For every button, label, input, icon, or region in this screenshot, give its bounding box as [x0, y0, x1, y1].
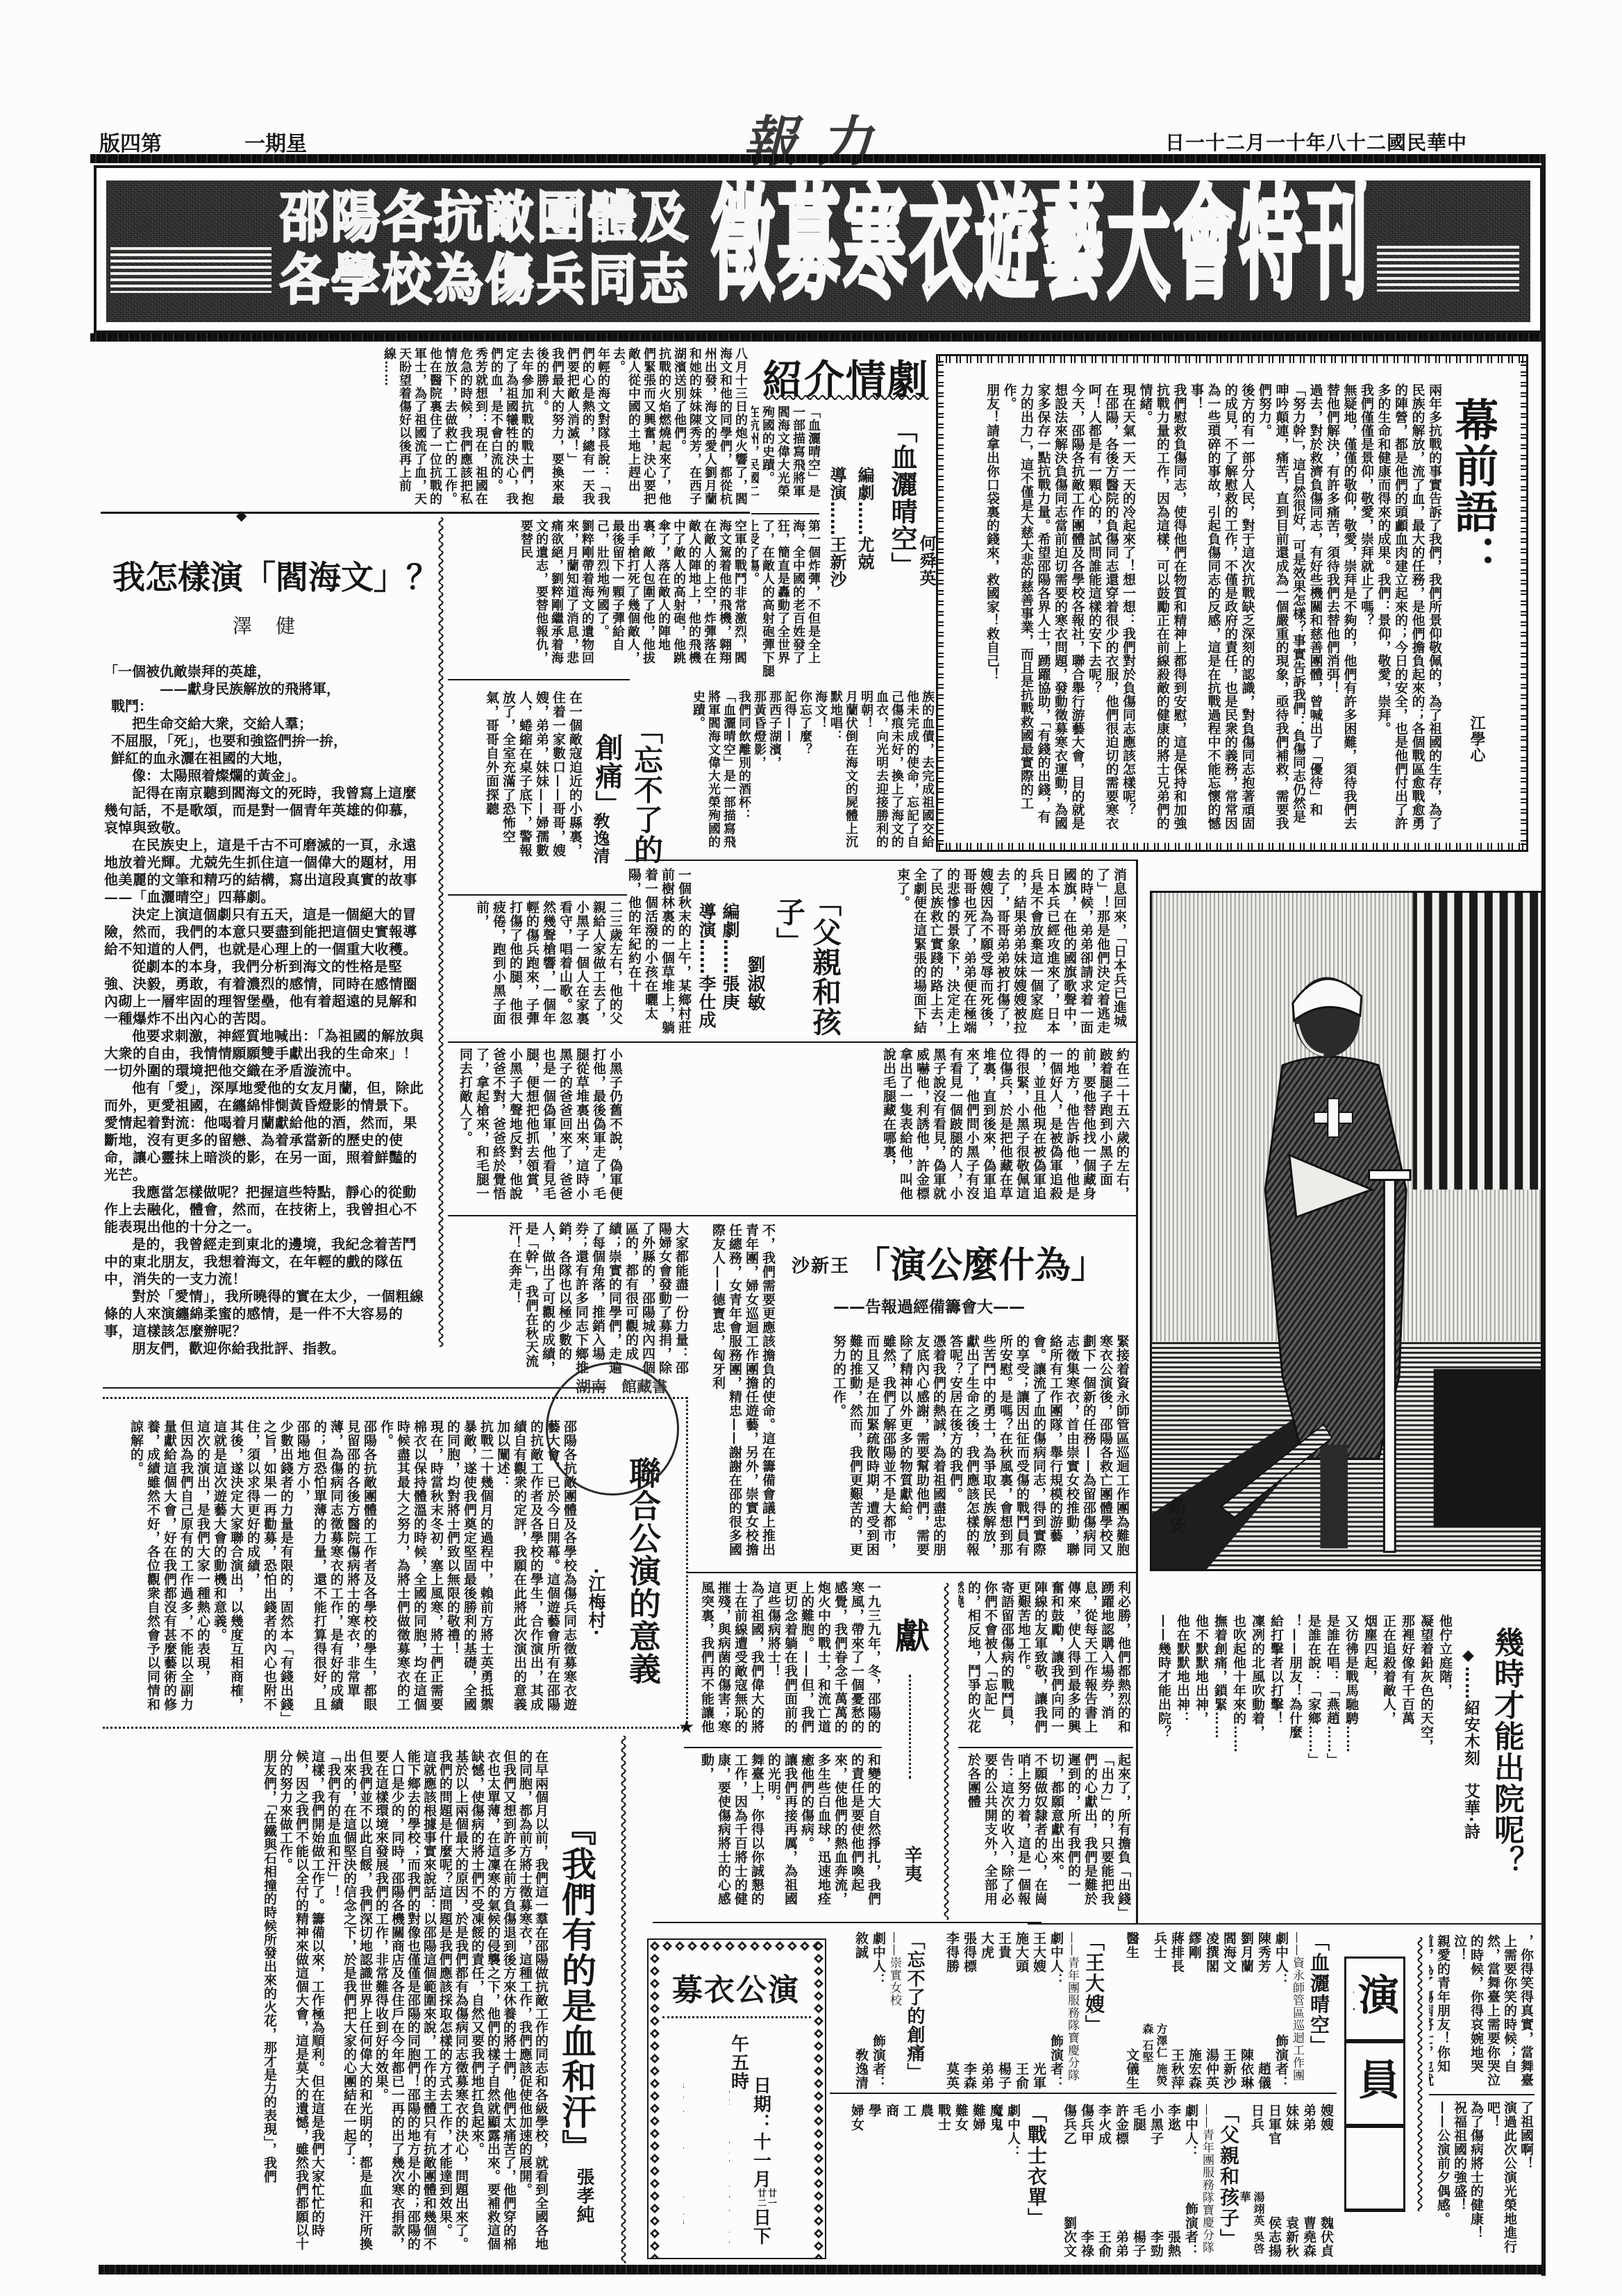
- poem-line: 他佇立庭階，: [1435, 1614, 1454, 1918]
- paragraph: 記得在南京聽到閻海文的死時，我曾寫上這麼幾句話，不是歌頌，而是對一個青年英雄的仰…: [104, 785, 426, 837]
- cast-play: 「戰士衣單」 劇中人： 魔鬼 難婦 難女 戰士 農 工 商 學 婦女: [832, 2104, 1051, 2258]
- actor: 楊子: [1130, 2230, 1147, 2258]
- role: 毛腿: [1130, 2104, 1147, 2131]
- actor: 李勁: [1147, 2230, 1164, 2258]
- role: 閻海文: [1220, 1932, 1237, 1973]
- cast-entry: 傷兵甲李祿: [1078, 2104, 1095, 2258]
- role-label: 劇中人：: [869, 1932, 887, 1987]
- father-child-director: 導演……李仕成: [696, 903, 717, 1038]
- wounded-soldier-icon: [1152, 893, 1541, 1569]
- divider: [448, 894, 627, 896]
- role: 陳秀芳: [1255, 1932, 1272, 1973]
- role: 王貴: [995, 1932, 1012, 1959]
- why-perform-author: 王新沙: [792, 1252, 850, 1277]
- divider: [1028, 1923, 1543, 1925]
- actor-label: 飾演者：: [1272, 2034, 1289, 2090]
- column-divider-wavy: [437, 517, 444, 1347]
- actor: 施宏森: [1185, 2048, 1203, 2090]
- actor: 王俞: [1012, 2062, 1030, 2090]
- price-label: 券價：: [683, 2076, 684, 2132]
- cast-play-company: ——青年團服務隊寶慶分隊: [1199, 2104, 1214, 2258]
- date-alternatives: 廿一廿二: [755, 2188, 776, 2208]
- father-child-playwright: 編劇……張庚: [719, 903, 740, 1038]
- cast-entry: 王大嫂光軍: [1030, 1932, 1047, 2090]
- paragraph: 從劇本的本身，我們分析到海文的性格是堅強、決毅，勇敢，有着濃烈的感情，同時在感情…: [104, 958, 426, 1028]
- box-border-dotted-right: [686, 1397, 688, 1727]
- cast-entry: 劉月蘭陳依琳: [1237, 1932, 1255, 2090]
- weekday: 星期一: [244, 126, 307, 157]
- father-child-text-4: 小黑子仍舊不說，偽軍便打他，最後偽軍走了，毛腿從草堆裏出來，這時小黑子的爸爸回來…: [450, 1048, 624, 1212]
- poem-line: 又彷彿是戰馬馳騁……: [1341, 1614, 1360, 1918]
- cast-play: 「王大嫂」 ——青年團服務隊寶慶分隊 劇中人：飾演者： 王大嫂光軍 施大頭王俞 …: [929, 1932, 1108, 2090]
- cast-entry: 閻海文王新沙: [1220, 1932, 1237, 2090]
- role: 李火成: [1095, 2104, 1112, 2145]
- column-divider-wavy: [1416, 1937, 1423, 2211]
- divider: [1429, 2094, 1535, 2095]
- cast-entry: 妹妹袁新秋: [1282, 2104, 1300, 2258]
- why-perform-subtitle: ——大會籌備經過報告——: [833, 1294, 1025, 1317]
- prelude-title: 幕前語：: [1448, 397, 1497, 605]
- synopsis-text-5: 族的血債，去完成祖國交給他未完成的使命，忘記了自己傷痕未好，換上了海文的血衣，向…: [665, 690, 935, 857]
- role: 許金標: [1112, 2104, 1130, 2145]
- newspaper-page: 第四版 星期一 力報 中華民國二十八年十一月二十一日 邵陽各抗敵團體及 各學校為…: [0, 0, 1622, 2296]
- role: 商: [883, 2104, 900, 2118]
- column-divider-wavy: [620, 1736, 627, 2263]
- price-value: 五角、一元、十元: [683, 2034, 684, 2245]
- role: 張得標: [960, 1932, 978, 1973]
- date-alt-1: 廿一: [766, 2188, 776, 2208]
- actor: 莫英: [943, 2062, 960, 2090]
- edition-number: 第四版: [99, 126, 162, 157]
- diamond-border-left: [649, 1940, 661, 2258]
- date-alt-2: 廿二: [755, 2188, 766, 2208]
- poem-line: 給打擊者以打擊！: [1266, 1614, 1285, 1918]
- paragraph: 在民族史上，這是千古不可磨滅的一頁，永遠地放着光輝。尤兢先生抓住這一個偉大的題材…: [104, 837, 426, 906]
- unforgettable-author: 敎逸清: [590, 812, 610, 871]
- role: 凌撰閣: [1203, 1932, 1220, 1973]
- cast-entry: 繆剛施宏森: [1185, 1932, 1203, 2090]
- top-rule: [90, 154, 1546, 163]
- cast-play-title: 「忘不了的創痛」: [901, 1932, 928, 2090]
- actor: 王俞: [1095, 2230, 1112, 2258]
- synopsis-title-underline: [766, 394, 929, 401]
- acting-notes-title: 我怎樣演「閻海文」？: [112, 552, 439, 598]
- dedication-text-4: 了祖國啊！ 演過此次公演光榮地進行吧！ 為了傷病將士的健康！ 祝福祖國的強盛！ …: [1429, 2101, 1535, 2262]
- joint-performance-title: 聯合公演的意義: [624, 1457, 661, 1713]
- father-child-title-line2: 子」: [772, 897, 805, 966]
- cast-entry: 李逖張熱: [1164, 2104, 1182, 2258]
- acting-notes-body: 「一個被仇敵崇拜的英雄， ——獻身民族解放的飛將軍， 戰鬥： 把生命交給大衆，交…: [104, 663, 426, 1347]
- divider: [101, 512, 750, 514]
- role: 魔鬼: [987, 2104, 1004, 2131]
- dedication-title: 獻: [890, 1618, 929, 1659]
- blood-sweat-author: 張孝純: [574, 2168, 594, 2244]
- cast-entry: 蔣排長王秋萍: [1168, 1932, 1185, 2090]
- cast-entry: 王貴楊子: [995, 1932, 1012, 2090]
- poem-line: ——幾時才能出院？: [1154, 1614, 1173, 1918]
- poem-line: 他不默默地出神，: [1192, 1614, 1210, 1918]
- synopsis-text-4: 空軍的戰鬥非常激烈，閻海文駕着他的飛機，翱翔在敵人的上空，炸彈落在敵人的陣地上，…: [450, 519, 747, 676]
- banner-subtitle-line1: 邵陽各抗敵團體及: [280, 190, 691, 244]
- poem-line: 烟塵四起，: [1360, 1614, 1379, 1918]
- role: 農: [917, 2104, 935, 2118]
- poem-line: 不屈服，「死」，也要和強盜們拚一拚，: [104, 732, 426, 750]
- actor: 湯仲英: [1203, 2048, 1220, 2090]
- library-stamp: 湖南 館藏書: [546, 1362, 679, 1495]
- divider: [625, 860, 1137, 861]
- role: 難婦: [969, 2104, 987, 2131]
- why-perform-body-middle: 大家都能盡一份力量：邵陽婦女會發動了募捐，除了外縣的，邵陽城內四個區的，都有很可…: [450, 1222, 689, 1383]
- discharge-poem-lines: 他佇立庭階， 凝望着鉛灰色的天空， 那裡好像有千百萬 正在追殺着敵人， 烟塵四起…: [1147, 1614, 1454, 1918]
- banner-subtitle-line2: 各學校為傷兵同志: [280, 253, 691, 307]
- role: 繆剛: [1185, 1932, 1203, 1959]
- father-child-text-1: 一個秋末的上午，某鄉村莊前樹林裏的一個草堆上，躺着一個活潑的小孩在曬太陽，他的年…: [626, 868, 692, 1037]
- poem-line: 也吹起他十年來的……: [1229, 1614, 1248, 1918]
- blood-sweat-body: 在早兩個月以前，我們這一羣在邵陽做抗敵工作的同志和各級學校，就看到全國各地的同胞…: [104, 1750, 549, 2260]
- role: 蔣排長: [1168, 1932, 1185, 1973]
- role: 婦女: [848, 2104, 865, 2131]
- paragraph: 對於「愛情」，我所曉得的實在太少，一個粗線條的人來演纏綿柔蜜的感情，是一件不大容…: [104, 1288, 426, 1340]
- cast-entry: 難女: [952, 2104, 969, 2258]
- column-rule-vertical: [1136, 860, 1138, 1923]
- performance-notice-title: 募衣公演: [672, 1965, 800, 2009]
- column-divider-wavy: [943, 1583, 950, 1920]
- actor-label: 飾演者：: [1182, 2202, 1199, 2258]
- poem-line: 凝望着鉛灰色的天空，: [1416, 1614, 1435, 1918]
- prelude-border-right: [1521, 354, 1528, 852]
- poem-line: 是誰在唱：「燕趙……」: [1323, 1614, 1341, 1918]
- role: 弟弟: [1300, 2104, 1317, 2131]
- poem-line: 撫着創痛，鎖緊……: [1210, 1614, 1229, 1918]
- banner-title: 徵募寒衣遊藝大會特刊: [712, 185, 1371, 307]
- cast-entry: 大虎弟弟: [978, 1932, 995, 2090]
- diamond-border-top: [649, 1940, 825, 1952]
- actor: 李祿: [1078, 2230, 1095, 2258]
- role-label: 劇中人：: [1004, 2104, 1021, 2159]
- woodcut-signature: 紹安: [1164, 1497, 1185, 1545]
- cast-entry: 小黑子李勁: [1147, 2104, 1164, 2258]
- role: 小黑子: [1147, 2104, 1164, 2145]
- cast-entry: 張得標李森: [960, 1932, 978, 2090]
- why-perform-body: 緊接着資永師管區巡迴工作團為難胞寒衣公演後，邵陽各救亡團體學校又劃下一個新的任務…: [779, 1334, 1130, 1567]
- actor: 劉次文: [1060, 2216, 1078, 2258]
- actor: 陳依琳: [1237, 2048, 1255, 2090]
- synopsis-playwright: 編劇……尤兢: [854, 467, 875, 592]
- actor: 袁新秋: [1282, 2216, 1300, 2258]
- paragraph: 他要求刺激，神經質地喊出：「為祖國的解放與大衆的自由，我情情願願雙手獻出我的生命…: [104, 1028, 426, 1080]
- cast-entry: 陳秀芳趙儀: [1255, 1932, 1272, 2090]
- actor: 曹堯森: [1300, 2216, 1317, 2258]
- poem-line: 凜冽的北風吹動着，: [1248, 1614, 1266, 1918]
- divider: [830, 2093, 1337, 2094]
- father-child-text-2: 二三歲左右，他的父親給人家做工去了，小黑子一個人在家裏看守，唱着山歌。忽然幾聲槍…: [450, 900, 624, 1037]
- banner-bottom-rule: [90, 333, 1546, 342]
- cast-play: 「父親和孩子」 ——青年團服務隊寶慶分隊 劇中人：飾演者： 李逖張熱 小黑子李勁…: [1052, 2104, 1243, 2258]
- cast-entry: 許金標弟弟: [1112, 2104, 1130, 2258]
- cast-header: 劇中人：飾演者：: [1272, 1932, 1289, 2090]
- synopsis-text-2: 八月十三日的炮火響了，閻海文和他的同學們，都從杭州出發，海文的愛人劉月蘭和她的妹…: [101, 347, 748, 508]
- role: 兵士: [1140, 1932, 1168, 1959]
- page-bottom-rule: [99, 2265, 1546, 2274]
- divider: [751, 513, 819, 514]
- divider: [103, 1387, 606, 1389]
- actor: 魏伏貞: [1317, 2216, 1335, 2258]
- blood-sweat-title: 『我們有的是血和汗』: [555, 1811, 596, 2165]
- cast-entry: 李火成王俞: [1095, 2104, 1112, 2258]
- divider: [448, 1215, 1137, 1216]
- venue-label: 地點：: [729, 2076, 730, 2132]
- actor: 張熱: [1164, 2230, 1182, 2258]
- role: 戰士: [935, 2104, 952, 2131]
- poem-line: 鮮紅的血永灑在祖國的大地，: [104, 750, 426, 767]
- actor: 趙儀: [1255, 2062, 1272, 2090]
- diamond-icon: ◆: [1462, 1647, 1474, 1664]
- dedication-author: 辛夷: [901, 1845, 922, 1888]
- dedication-dotted-line: [909, 1675, 911, 1779]
- role: 難女: [952, 2104, 969, 2131]
- poem-line: 戰鬥：: [104, 698, 426, 715]
- poem-line: 是誰在說：「家鄉……」: [1304, 1614, 1323, 1918]
- role: 施大頭: [1012, 1932, 1030, 1973]
- cast-play-company: ——資永師管區巡迴工作團: [1289, 1932, 1304, 2090]
- cast-entry: 戰士: [935, 2104, 952, 2258]
- cast-entry: 兵士方澤仁 施熒森 石堅: [1140, 1932, 1168, 2090]
- cast-play-title: 「父親和孩子」: [1214, 2104, 1243, 2258]
- synopsis-text-1: 「血灑晴空」是一部描寫飛將軍閻海文偉大光榮殉國的史蹟。 在杭州，民國二十二年: [751, 405, 821, 510]
- role: 李逖: [1164, 2104, 1182, 2131]
- paragraph: 他有「愛」，深厚地愛他的女友月蘭，但，除此而外，更愛祖國，在纏綿悱惻黃昏燈影的情…: [104, 1080, 426, 1184]
- father-child-author: 劉淑敏: [744, 955, 765, 1035]
- star-icon: ★: [678, 1717, 694, 1738]
- prelude-border-bottom: [939, 843, 1528, 852]
- role-label: 劇中人：: [1047, 1932, 1064, 1987]
- poem-line: 他在默默地出神：: [1173, 1614, 1192, 1918]
- dedication-text-2: 和變的大自然掙扎，我們的責任是要使他們喚起來，使他們的熱血奔流，多生些白血球，迅…: [654, 1753, 882, 1917]
- role: 工: [900, 2104, 917, 2118]
- cast-entry: 凌撰閣湯仲英: [1203, 1932, 1220, 2090]
- father-child-title-line1: 「父親和孩: [807, 887, 842, 1041]
- synopsis-play-title: 「血灑晴空」: [883, 417, 918, 583]
- role: 嫂嫂: [1317, 2104, 1335, 2131]
- poem-line: 把生命交給大衆，交給人羣；: [104, 715, 426, 732]
- paragraph: 我應當怎樣做呢？把握這些特點，靜心的從動作上去融化，體會，然而，在技術上，我曾担…: [104, 1184, 426, 1236]
- cast-play-company: ——崇實女校: [887, 1932, 901, 2090]
- joint-performance-author: ·江梅村·: [585, 1568, 606, 1654]
- banner: 邵陽各抗敵團體及 各學校為傷兵同志 徵募寒衣遊藝大會特刊: [94, 165, 1543, 333]
- performance-date: 日期：十一月廿一廿二日下午五時: [775, 2034, 799, 2256]
- actor: 文儀生: [1123, 2048, 1140, 2090]
- banner-stripes-left: [110, 247, 271, 293]
- diamond-border-right: [812, 1940, 825, 2258]
- unforgettable-continued: 消息回來，「日本兵已進城了」！那是他們決定着逃走的時候，弟弟卻請求着一面國旗，在…: [848, 868, 1128, 1037]
- acting-notes-author: 澤健: [233, 611, 319, 639]
- dotted-separator: [662, 2016, 811, 2018]
- actor: 李森: [960, 2062, 978, 2090]
- banner-stripes-right: [1377, 246, 1519, 292]
- cast-title-box: 演員表: [1344, 1956, 1405, 2212]
- cast-play-continued: 嫂嫂魏伏貞 弟弟曹堯森 妹妹袁新秋 日軍官侯志揚 日兵湯翊英 吳啓華: [1244, 2104, 1335, 2258]
- actor: 光軍: [1030, 2062, 1047, 2090]
- cast-entry: 敘誠敎逸清: [852, 1932, 869, 2090]
- date-value: 十一月: [751, 2132, 771, 2188]
- why-perform-continued-1: 利必勝，他們都熱烈的和踴躍地認購入場券，消息，從每天工作報告書上傳來，使人得到最…: [958, 1581, 1132, 1742]
- synopsis-author: 何舜英: [917, 535, 936, 597]
- cast-entry: 商: [883, 2104, 900, 2258]
- unforgettable-body: 在一個敵寇迫近的小縣裏，住着一家數口——哥哥，嫂嫂，弟弟，妹妹——婦孺數人，蜷縮…: [455, 691, 583, 864]
- discharge-poem-credit: ……紹安木刻 艾華·詩: [1461, 1666, 1480, 1888]
- cast-entry: 弟弟曹堯森: [1300, 2104, 1317, 2258]
- synopsis-director: 導演……王新沙: [826, 467, 847, 592]
- role: 敘誠: [852, 1932, 869, 1959]
- cast-entry: 傷兵乙劉次文: [1060, 2104, 1078, 2258]
- diamond-marker-icon: ◆: [236, 507, 246, 523]
- cast-entry: 施大頭王俞: [1012, 1932, 1030, 2090]
- role: 劉月蘭: [1237, 1932, 1255, 1973]
- prelude-border-left: [936, 354, 944, 852]
- divider: [684, 1747, 882, 1748]
- poem-line: 那裡好像有千百萬: [1398, 1614, 1416, 1918]
- role: 學: [865, 2104, 883, 2118]
- discharge-poem-title: 幾時才能出院呢？: [1487, 1627, 1523, 1891]
- cast-header: 劇中人：飾演者：: [1047, 1932, 1064, 2090]
- poem-line: 正在追殺着敵人，: [1379, 1614, 1398, 1918]
- divider: [687, 1572, 1137, 1573]
- actor-label: 飾演者：: [869, 2034, 887, 2090]
- cast-play-company: ——青年團服務隊寶慶分隊: [1064, 1932, 1079, 2090]
- unforgettable-title-line2: 創痛」: [589, 733, 624, 811]
- cast-entry: 醫生文儀生: [1123, 1932, 1140, 2090]
- why-perform-body-left: 不，我們需要更應該擔負的使命。這在籌備會議上推出青年團，婦女巡迴工作團擔任遊藝，…: [694, 1223, 776, 1567]
- issue-date: 中華民國二十八年十一月二十一日: [1165, 128, 1467, 156]
- actor: 王新沙: [1220, 2048, 1237, 2090]
- cast-play: 「忘不了的創痛」 ——崇實女校 劇中人：飾演者： 敘誠敎逸清: [832, 1932, 928, 2090]
- cast-entry: 工: [900, 2104, 917, 2258]
- date-label: 日期：: [751, 2076, 771, 2132]
- cast-entry: 毛腿楊子: [1130, 2104, 1147, 2258]
- role-label: 劇中人：: [1182, 2104, 1199, 2159]
- role: 妹妹: [1282, 2104, 1300, 2131]
- cast-entry: 嫂嫂魏伏貞: [1317, 2104, 1335, 2258]
- poem-line: ！——朋友！為什麼: [1285, 1614, 1304, 1918]
- dedication-text-1: 一九三九年，冬，邵陽的寒風，帶來了一個憂愁的感覺，我們眷念千萬萬的炮火中的戰士，…: [698, 1581, 882, 1742]
- library-stamp-text: 湖南 館藏書: [576, 1375, 667, 1397]
- prelude-border-top: [939, 354, 1528, 363]
- cast-entry: 婦女: [848, 2104, 865, 2258]
- cast-entry: 農: [917, 2104, 935, 2258]
- performance-venue: 地點：協坪里公館大戲院: [729, 2034, 753, 2256]
- performance-notice-box: 募衣公演 日期：十一月廿一廿二日下午五時 地點：協坪里公館大戲院 券價：五角、一…: [647, 1938, 826, 2259]
- role: 傷兵甲: [1078, 2104, 1095, 2145]
- synopsis-text-3: 第一個炸彈，不但是全上海，全中國的老百姓發了狂，簡直是轟動了全世界了，在敵人的高…: [751, 519, 821, 689]
- actor: 王秋萍: [1168, 2048, 1185, 2090]
- venue-value: 協坪里公館大戲院: [729, 2034, 730, 2245]
- cast-entry: 日軍官侯志揚: [1265, 2104, 1282, 2258]
- dedication-text-3: ，你得笑得真實，當舞臺上需要你笑的時候；自然，當舞臺上需要你哭泣的時候，你得哀婉…: [1429, 1934, 1535, 2090]
- woodcut-wounded-soldier-image: 紹安: [1150, 891, 1543, 1571]
- cast-title: 演員表: [1353, 1973, 1398, 2209]
- actor: 侯志揚: [1265, 2216, 1282, 2258]
- paragraph: 是的，我曾經走到東北的邊境，我紀念着苦鬥中的東北朋友，我想着海文，在年輕的戲的隊…: [104, 1236, 426, 1288]
- role: 日軍官: [1265, 2104, 1282, 2145]
- poem-line: ——獻身民族解放的飛將軍，: [104, 680, 426, 698]
- unforgettable-title-line1: 「忘不了的: [628, 715, 663, 864]
- cast-entry: 魔鬼: [987, 2104, 1004, 2258]
- actor: 方澤仁 施熒森 石堅: [1140, 2023, 1168, 2090]
- father-child-text-3: 約在二十五六歲的左右，跛着腿子跑到小黑子面前，要他替他找一個藏身的地方，他告訴他…: [626, 1048, 1130, 1213]
- cast-play-title: 「血灑晴空」: [1304, 1932, 1333, 2090]
- role: 李得勝: [943, 1932, 960, 1973]
- cast-entry: 難婦: [969, 2104, 987, 2258]
- actor-label: 飾演者：: [1047, 2034, 1064, 2090]
- cast-header: 劇中人：: [1004, 2104, 1021, 2258]
- cast-header: 劇中人：飾演者：: [1182, 2104, 1199, 2258]
- actor: 弟弟: [978, 2062, 995, 2090]
- cast-play-title: 「戰士衣單」: [1021, 2104, 1051, 2258]
- poem-line: 「一個被仇敵崇拜的英雄，: [104, 663, 426, 680]
- poem-line: 像：太陽照着燦爛的黃金」。: [104, 767, 426, 785]
- why-perform-title: 「為什麼公演」: [854, 1236, 1107, 1288]
- joint-performance-body: 邵陽各抗敵團體及各學校為傷兵同志徵募寒衣遊藝大會，已於今日開幕。這個遊藝會所有在…: [119, 1420, 578, 1722]
- actor: 楊子: [995, 2062, 1012, 2090]
- banner-panel: 邵陽各抗敵團體及 各學校為傷兵同志 徵募寒衣遊藝大會特刊: [106, 181, 1530, 322]
- cast-entry: 李得勝莫英: [943, 1932, 960, 2090]
- why-perform-continued-2: 起來了，所有擔負「出錢」「出力」的，只要能把我們的心獻出，我們是難於遲到的，所有…: [958, 1753, 1132, 1918]
- role: 傷兵乙: [1060, 2104, 1078, 2145]
- performance-price: 券價：五角、一元、十元: [683, 2034, 707, 2256]
- prelude-body: 兩年多抗戰的事實告訴了我們，我們所景仰敬佩的，為了祖國的生存，為了民族的解放，流…: [953, 383, 1443, 836]
- divider: [958, 1747, 1133, 1748]
- role: 王大嫂: [1030, 1932, 1047, 1973]
- divider: [653, 1922, 1042, 1923]
- actor: 弟弟: [1112, 2230, 1130, 2258]
- paragraph: 決定上演這個劇只有五天，這是一個絕大的冒險，然而，我們的本意只要盡到能把這個史實…: [104, 906, 426, 958]
- divider: [448, 679, 630, 680]
- divider: [448, 1041, 1137, 1043]
- role-label: 劇中人：: [1272, 1932, 1289, 1987]
- cast-play: 「血灑晴空」 ——資永師管區巡迴工作團 劇中人：飾演者： 陳秀芳趙儀 劉月蘭陳依…: [1110, 1932, 1333, 2090]
- role: 大虎: [978, 1932, 995, 1959]
- cast-header: 劇中人：飾演者：: [869, 1932, 887, 2090]
- paragraph: 朋友們，歡迎你給我批評、指教。: [104, 1340, 426, 1357]
- cast-entry: 學: [865, 2104, 883, 2258]
- box-border-dotted-bottom: [103, 1727, 687, 1729]
- cast-play-title: 「王大嫂」: [1079, 1932, 1108, 2090]
- actor: 敎逸清: [852, 2048, 869, 2090]
- prelude-author: 江學心: [1465, 715, 1486, 785]
- role: 醫生: [1123, 1932, 1140, 1959]
